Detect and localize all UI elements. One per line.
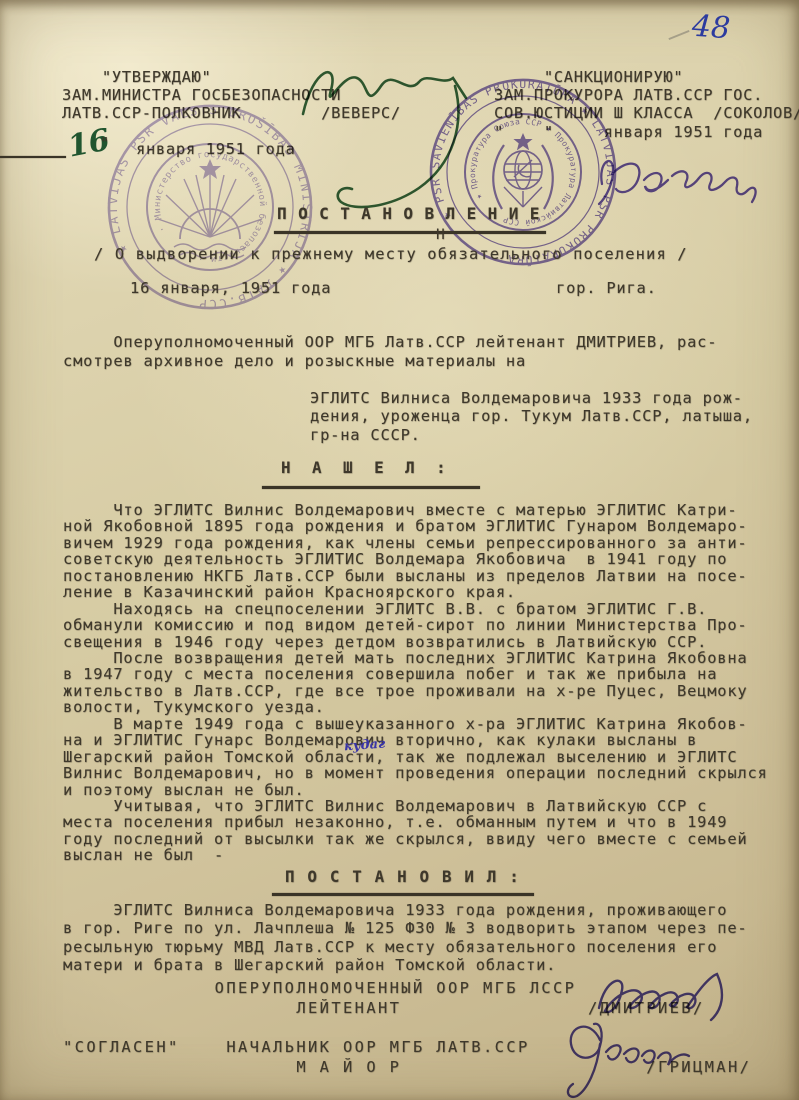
found-paragraph-2: Находясь на спецпоселении ЭГЛИТС В.В. с … (63, 601, 747, 650)
found-paragraph-3: После возвращения детей мать последних Э… (63, 650, 747, 716)
found-heading: Н А Ш Е Л : (281, 459, 452, 478)
resolution-paragraph: ЭГЛИТС Вилниса Волдемаровича 1933 года р… (63, 901, 747, 975)
dateline-city: гор. Рига. (556, 279, 657, 298)
resolved-underline (272, 893, 534, 896)
subject-line: / О выдворении к прежнему месту обязател… (94, 245, 688, 264)
document-title: П О С Т А Н О В Л Е Н И Е (277, 205, 540, 224)
handwritten-insertion: кудаг (344, 737, 386, 755)
intro-paragraph: Оперуполномоченный ООР МГБ Латв.ССР лейт… (63, 333, 717, 370)
resolved-heading: П О С Т А Н О В И Л : (285, 868, 520, 887)
person-block: ЭГЛИТС Вилниса Волдемаровича 1933 года р… (310, 389, 753, 444)
found-underline (262, 486, 480, 489)
title-dropped-letter: Н (436, 226, 446, 245)
prokuratura-stamp-emblem (493, 133, 553, 209)
gritsman-signature (556, 1012, 721, 1100)
pencil-mark (668, 30, 689, 40)
document-page: 48 "УТВЕРЖДАЮ" ЗАМ.МИНИСТРА ГОСБЕЗОПАСНО… (0, 0, 799, 1100)
handwritten-page-number: 48 (691, 9, 732, 47)
found-paragraph-5: Учитывая, что ЭГЛИТС Вилнис Волдемарович… (63, 798, 747, 864)
sokolov-signature (588, 146, 773, 210)
approval-date-underline (0, 156, 66, 158)
found-paragraph-1: Что ЭГЛИТС Вилнис Волдемарович вместе с … (63, 502, 747, 601)
found-paragraph-4: В марте 1949 года с вышеуказанного х-ра … (63, 716, 768, 798)
title-underline (274, 231, 546, 234)
dateline-date: 16 января, 1951 года (130, 279, 331, 298)
